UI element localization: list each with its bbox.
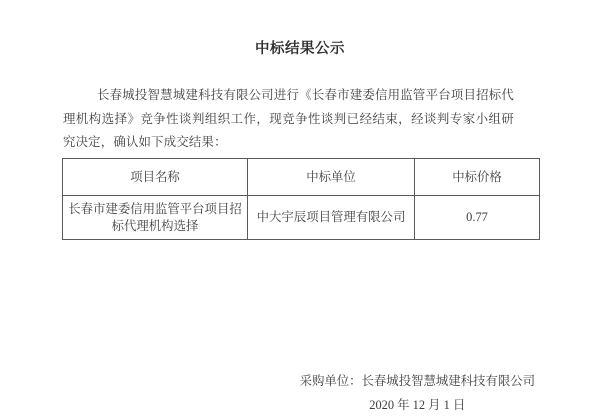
column-header-winning-bidder: 中标单位 (248, 159, 415, 196)
winning-bidder-cell: 中大宇辰项目管理有限公司 (248, 196, 415, 240)
purchaser-line: 采购单位：长春城投智慧城建科技有限公司 (300, 369, 535, 393)
project-name-cell: 长春市建委信用监管平台项目招标代理机构选择 (63, 196, 248, 240)
table-row: 长春市建委信用监管平台项目招标代理机构选择 中大宇辰项目管理有限公司 0.77 (63, 196, 540, 240)
document-footer: 采购单位：长春城投智慧城建科技有限公司 2020 年 12 月 1 日 (62, 369, 539, 417)
date-line: 2020 年 12 月 1 日 (300, 393, 535, 417)
announcement-paragraph: 长春城投智慧城建科技有限公司进行《长春市建委信用监管平台项目招标代理机构选择》竞… (63, 84, 514, 155)
bid-results-table: 项目名称 中标单位 中标价格 长春市建委信用监管平台项目招标代理机构选择 中大宇… (62, 158, 540, 240)
winning-price-cell: 0.77 (415, 196, 540, 240)
column-header-winning-price: 中标价格 (415, 159, 540, 196)
column-header-project-name: 项目名称 (63, 159, 248, 196)
table-header-row: 项目名称 中标单位 中标价格 (63, 159, 540, 196)
document-title: 中标结果公示 (0, 37, 600, 58)
announcement-document: 中标结果公示 长春城投智慧城建科技有限公司进行《长春市建委信用监管平台项目招标代… (0, 0, 600, 419)
footer-block: 采购单位：长春城投智慧城建科技有限公司 2020 年 12 月 1 日 (300, 369, 535, 417)
